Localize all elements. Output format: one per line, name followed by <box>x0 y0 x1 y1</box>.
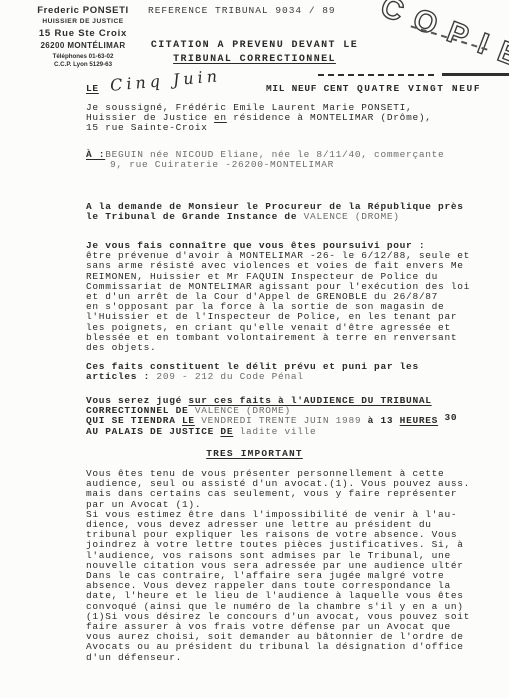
hearing-heures-label: HEURES <box>400 415 438 426</box>
intro-paragraph: Je soussigné, Frédéric Emile Laurent Mar… <box>86 103 502 134</box>
recipient-address: 9, rue Cuiraterie -26200-MONTELIMAR <box>110 160 502 170</box>
recipient-block: À :BEGUIN née NICOUD Eliane, née le 8/11… <box>86 150 502 170</box>
hearing-hour: à 13 <box>361 415 399 426</box>
hearing-line4b: DE <box>220 426 233 437</box>
request-court-city: VALENCE (DROME) <box>304 211 400 222</box>
handwritten-date: Cinq Juin <box>110 71 222 91</box>
tribunal-reference: REFERENCE TRIBUNAL 9034 / 89 <box>148 6 336 16</box>
hearing-place: ladite ville <box>233 426 316 437</box>
document-title: CITATION A PREVENU DEVANT LE TRIBUNAL CO… <box>0 41 509 65</box>
hearing-section: Vous serez jugé sur ces faits à l'AUDIEN… <box>86 396 502 437</box>
intro-line3: 15 rue Sainte-Croix <box>86 123 502 133</box>
date-typed-2: QUATRE VINGT NEUF <box>357 84 481 94</box>
offense-articles: 209 - 212 du Code Pénal <box>156 371 303 382</box>
huissier-role: HUISSIER DE JUSTICE <box>8 18 158 25</box>
date-line: LE Cinq Juin MIL NEUF CENT QUATRE VINGT … <box>86 80 509 104</box>
hearing-line4: AU PALAIS DE JUSTICE DE ladite ville <box>86 427 502 437</box>
title-line2: TRIBUNAL CORRECTIONNEL <box>0 55 509 65</box>
date-typed-1: MIL NEUF CENT <box>266 84 349 94</box>
recipient-label: À : <box>86 149 105 160</box>
huissier-street: 15 Rue Ste Croix <box>8 28 158 39</box>
dashed-rule <box>318 74 434 76</box>
offense-paragraph: Ces faits constituent le délit prévu et … <box>86 362 502 382</box>
solid-rule <box>442 73 509 76</box>
intro-line2b: en <box>214 112 227 123</box>
scanned-citation-document: Frederic PONSETI HUISSIER DE JUSTICE 15 … <box>0 0 509 698</box>
important-heading: TRES IMPORTANT <box>0 449 509 459</box>
date-prefix: LE <box>86 84 99 94</box>
request-line2a: le Tribunal de Grande Instance de <box>86 211 304 222</box>
intro-line2c: résidence à MONTELIMAR (Drôme), <box>227 112 432 123</box>
request-paragraph: A la demande de Monsieur le Procureur de… <box>86 202 502 222</box>
charges-body: être prévenue d'avoir à MONTELIMAR -26- … <box>86 251 502 353</box>
hearing-line4a: AU PALAIS DE JUSTICE <box>86 426 220 437</box>
request-line2: le Tribunal de Grande Instance de VALENC… <box>86 212 502 222</box>
huissier-name: Frederic PONSETI <box>8 5 158 16</box>
hearing-minutes: 30 <box>438 412 457 423</box>
title-line1: CITATION A PREVENU DEVANT LE <box>0 41 509 51</box>
charges-section: Je vous fais connaître que vous êtes pou… <box>86 241 502 353</box>
important-body: Vous êtes tenu de vous présenter personn… <box>86 469 502 663</box>
